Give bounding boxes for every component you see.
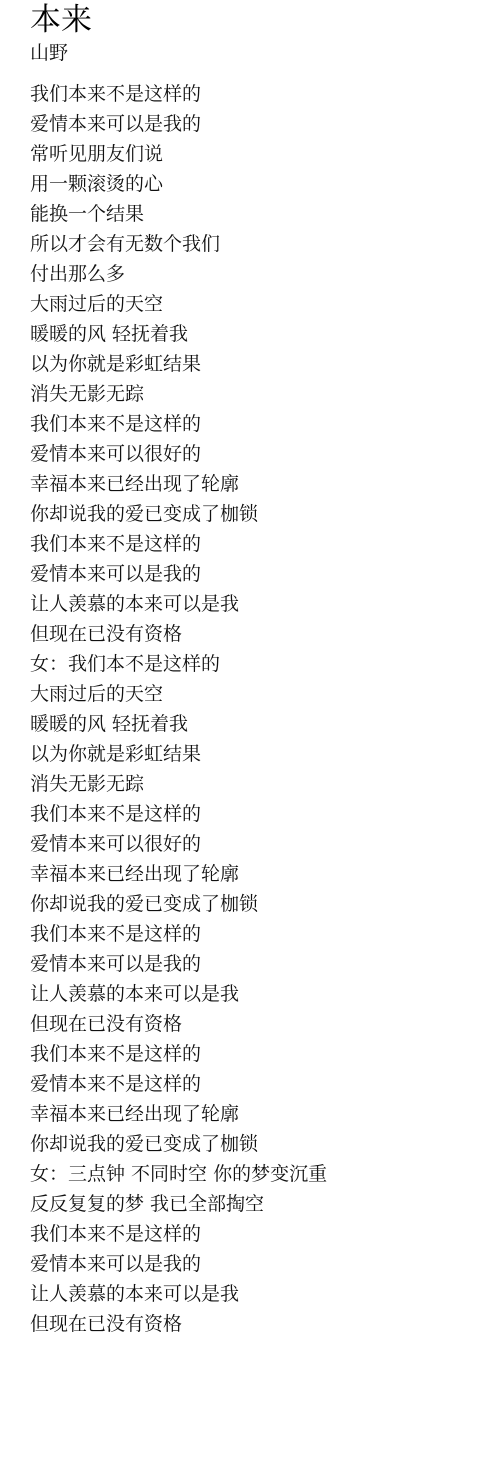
lyrics-page: 本来 山野 我们本来不是这样的爱情本来可以是我的常听见朋友们说用一颗滚烫的心能换… [30, 0, 500, 66]
lyric-line: 能换一个结果 [30, 199, 327, 229]
lyric-line: 我们本来不是这样的 [30, 1039, 327, 1069]
lyric-line: 以为你就是彩虹结果 [30, 739, 327, 769]
lyric-line: 爱情本来可以是我的 [30, 109, 327, 139]
lyric-line: 爱情本来可以是我的 [30, 949, 327, 979]
lyric-line: 爱情本来不是这样的 [30, 1069, 327, 1099]
lyric-line: 我们本来不是这样的 [30, 919, 327, 949]
song-artist: 山野 [30, 40, 500, 66]
lyric-line: 消失无影无踪 [30, 769, 327, 799]
lyric-line: 用一颗滚烫的心 [30, 169, 327, 199]
lyric-line: 但现在已没有资格 [30, 619, 327, 649]
lyric-line: 爱情本来可以是我的 [30, 1249, 327, 1279]
lyric-line: 幸福本来已经出现了轮廓 [30, 859, 327, 889]
song-title: 本来 [30, 0, 500, 39]
lyric-line: 幸福本来已经出现了轮廓 [30, 469, 327, 499]
lyric-line: 但现在已没有资格 [30, 1309, 327, 1339]
lyric-line: 大雨过后的天空 [30, 679, 327, 709]
lyric-line: 但现在已没有资格 [30, 1009, 327, 1039]
lyric-line: 大雨过后的天空 [30, 289, 327, 319]
lyric-line: 你却说我的爱已变成了枷锁 [30, 499, 327, 529]
lyric-line: 爱情本来可以很好的 [30, 829, 327, 859]
lyric-line: 以为你就是彩虹结果 [30, 349, 327, 379]
lyric-line: 爱情本来可以很好的 [30, 439, 327, 469]
lyric-line: 让人羡慕的本来可以是我 [30, 1279, 327, 1309]
lyric-line: 我们本来不是这样的 [30, 799, 327, 829]
lyric-line: 女：三点钟 不同时空 你的梦变沉重 [30, 1159, 327, 1189]
lyric-line: 让人羡慕的本来可以是我 [30, 589, 327, 619]
lyric-line: 我们本来不是这样的 [30, 409, 327, 439]
lyric-line: 所以才会有无数个我们 [30, 229, 327, 259]
lyric-line: 我们本来不是这样的 [30, 1219, 327, 1249]
lyric-line: 付出那么多 [30, 259, 327, 289]
lyric-line: 暖暖的风 轻抚着我 [30, 319, 327, 349]
lyric-line: 我们本来不是这样的 [30, 529, 327, 559]
lyric-line: 让人羡慕的本来可以是我 [30, 979, 327, 1009]
lyric-line: 幸福本来已经出现了轮廓 [30, 1099, 327, 1129]
lyric-line: 你却说我的爱已变成了枷锁 [30, 1129, 327, 1159]
lyric-line: 爱情本来可以是我的 [30, 559, 327, 589]
lyric-line: 暖暖的风 轻抚着我 [30, 709, 327, 739]
lyric-line: 反反复复的梦 我已全部掏空 [30, 1189, 327, 1219]
lyric-line: 你却说我的爱已变成了枷锁 [30, 889, 327, 919]
lyric-line: 女：我们本不是这样的 [30, 649, 327, 679]
lyric-line: 我们本来不是这样的 [30, 79, 327, 109]
lyrics-list: 我们本来不是这样的爱情本来可以是我的常听见朋友们说用一颗滚烫的心能换一个结果所以… [30, 79, 327, 1339]
lyric-line: 消失无影无踪 [30, 379, 327, 409]
lyric-line: 常听见朋友们说 [30, 139, 327, 169]
